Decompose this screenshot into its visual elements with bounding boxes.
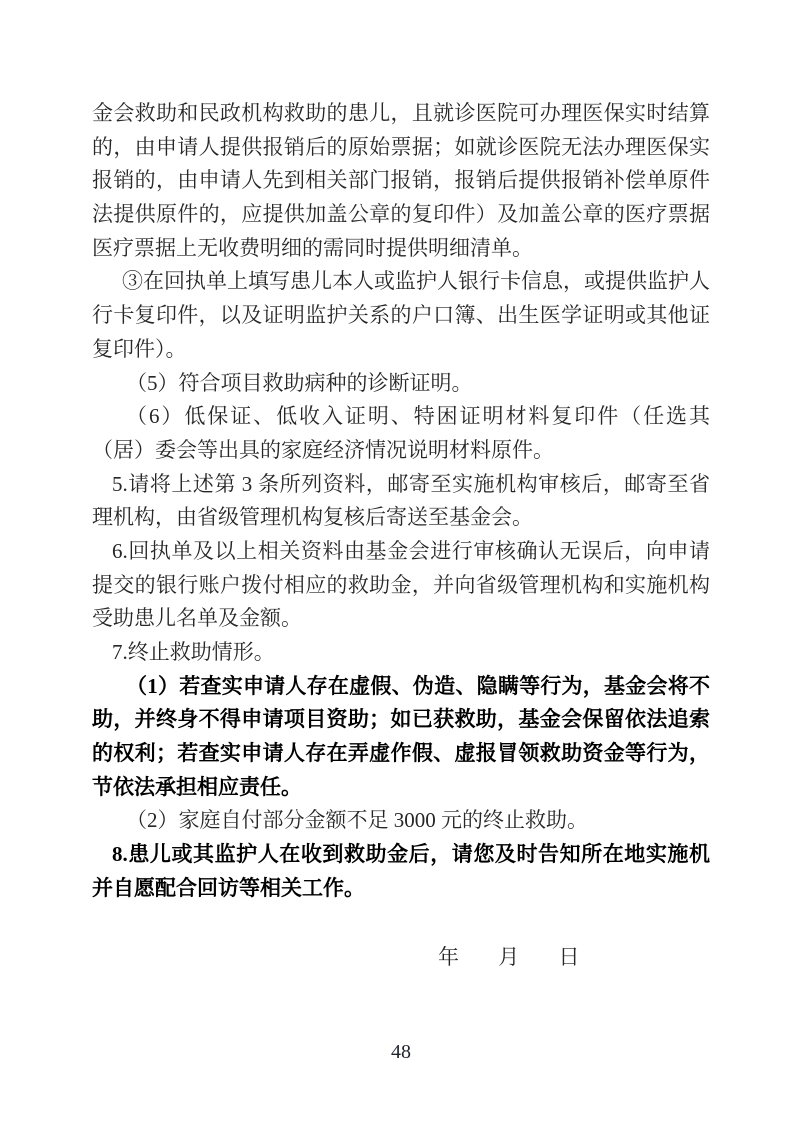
document-page: 金会救助和民政机构救助的患儿，且就诊医院可办理医保实时结算报销 的，由申请人提供… (0, 0, 794, 1123)
text-line: 复印件）。 (92, 333, 710, 367)
day-label: 日 (559, 945, 580, 969)
year-label: 年 (438, 945, 459, 969)
text-line: （1）若查实申请人存在虚假、伪造、隐瞒等行为，基金会将不予救 (92, 670, 710, 704)
page-number: 48 (92, 1038, 710, 1066)
text-line: 8.患儿或其监护人在收到救助金后，请您及时告知所在地实施机构， (92, 838, 710, 872)
text-line: （6）低保证、低收入证明、特困证明材料复印件（任选其一），或村 (92, 400, 710, 434)
text-line: 金会救助和民政机构救助的患儿，且就诊医院可办理医保实时结算报销 (92, 97, 710, 131)
text-line: （5）符合项目救助病种的诊断证明。 (92, 367, 710, 401)
document-body: 金会救助和民政机构救助的患儿，且就诊医院可办理医保实时结算报销 的，由申请人提供… (92, 97, 710, 906)
text-line: 的权利；若查实申请人存在弄虚作假、虚报冒领救助资金等行为，根据情 (92, 737, 710, 771)
text-line: 理机构，由省级管理机构复核后寄送至基金会。 (92, 501, 710, 535)
text-line: 助，并终身不得申请项目资助；如已获救助，基金会保留依法追索救助金 (92, 703, 710, 737)
text-line: 提交的银行账户拨付相应的救助金，并向省级管理机构和实施机构反馈 (92, 569, 710, 603)
text-line: 医疗票据上无收费明细的需同时提供明细清单。 (92, 232, 710, 266)
text-line: 报销的，由申请人先到相关部门报销，报销后提供报销补偿单原件（若无 (92, 164, 710, 198)
text-line: 受助患儿名单及金额。 (92, 602, 710, 636)
text-line: 节依法承担相应责任。 (92, 771, 710, 805)
month-label: 月 (498, 945, 519, 969)
text-line: 7.终止救助情形。 (92, 636, 710, 670)
text-line: 并自愿配合回访等相关工作。 (92, 872, 710, 906)
text-line: 5.请将上述第 3 条所列资料，邮寄至实施机构审核后，邮寄至省级管 (92, 468, 710, 502)
text-line: ③在回执单上填写患儿本人或监护人银行卡信息，或提供监护人银 (92, 265, 710, 299)
text-line: 6.回执单及以上相关资料由基金会进行审核确认无误后，向申请人 (92, 535, 710, 569)
signature-date-line: 年 月 日 (92, 941, 710, 975)
text-line: 的，由申请人提供报销后的原始票据；如就诊医院无法办理医保实时结算 (92, 131, 710, 165)
text-line: 法提供原件的，应提供加盖公章的复印件）及加盖公章的医疗票据复印件， (92, 198, 710, 232)
text-line: （2）家庭自付部分金额不足 3000 元的终止救助。 (92, 804, 710, 838)
text-line: 行卡复印件，以及证明监护关系的户口簿、出生医学证明或其他证明材料 (92, 299, 710, 333)
text-line: （居）委会等出具的家庭经济情况说明材料原件。 (92, 434, 710, 468)
